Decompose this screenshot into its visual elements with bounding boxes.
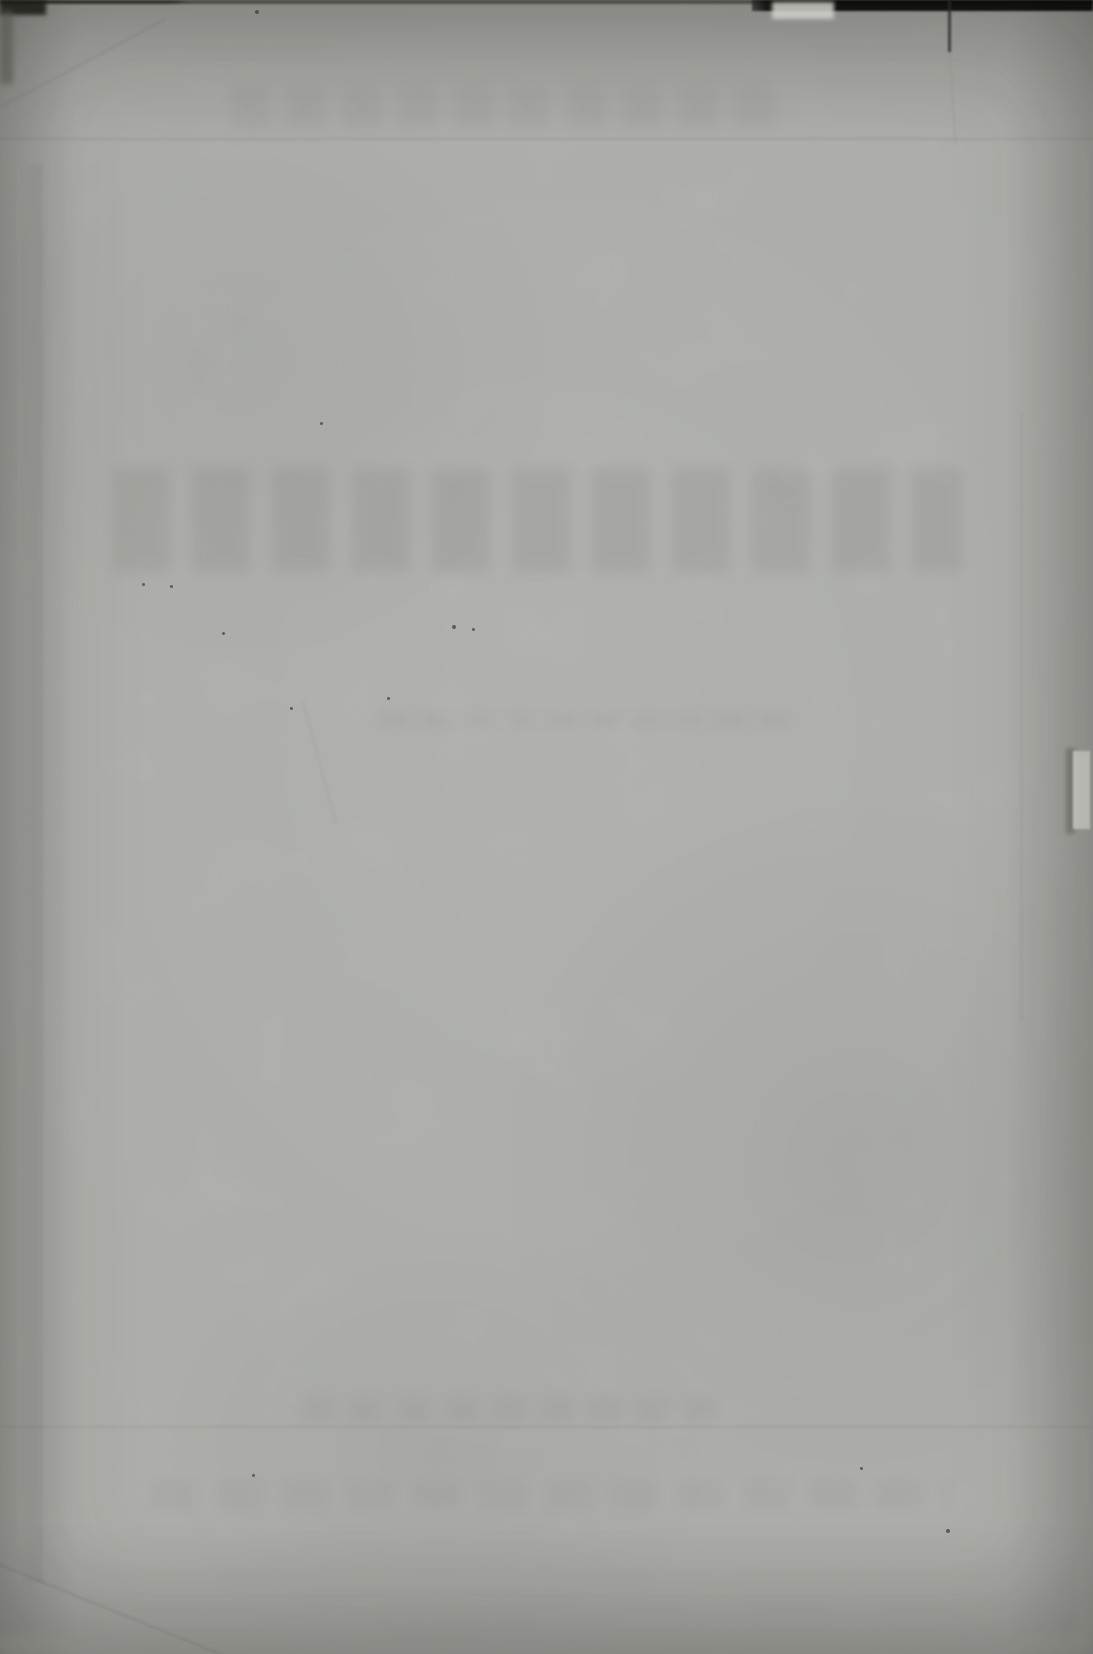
scanned-page <box>0 0 1093 1654</box>
paper-sheet <box>0 0 1093 1654</box>
